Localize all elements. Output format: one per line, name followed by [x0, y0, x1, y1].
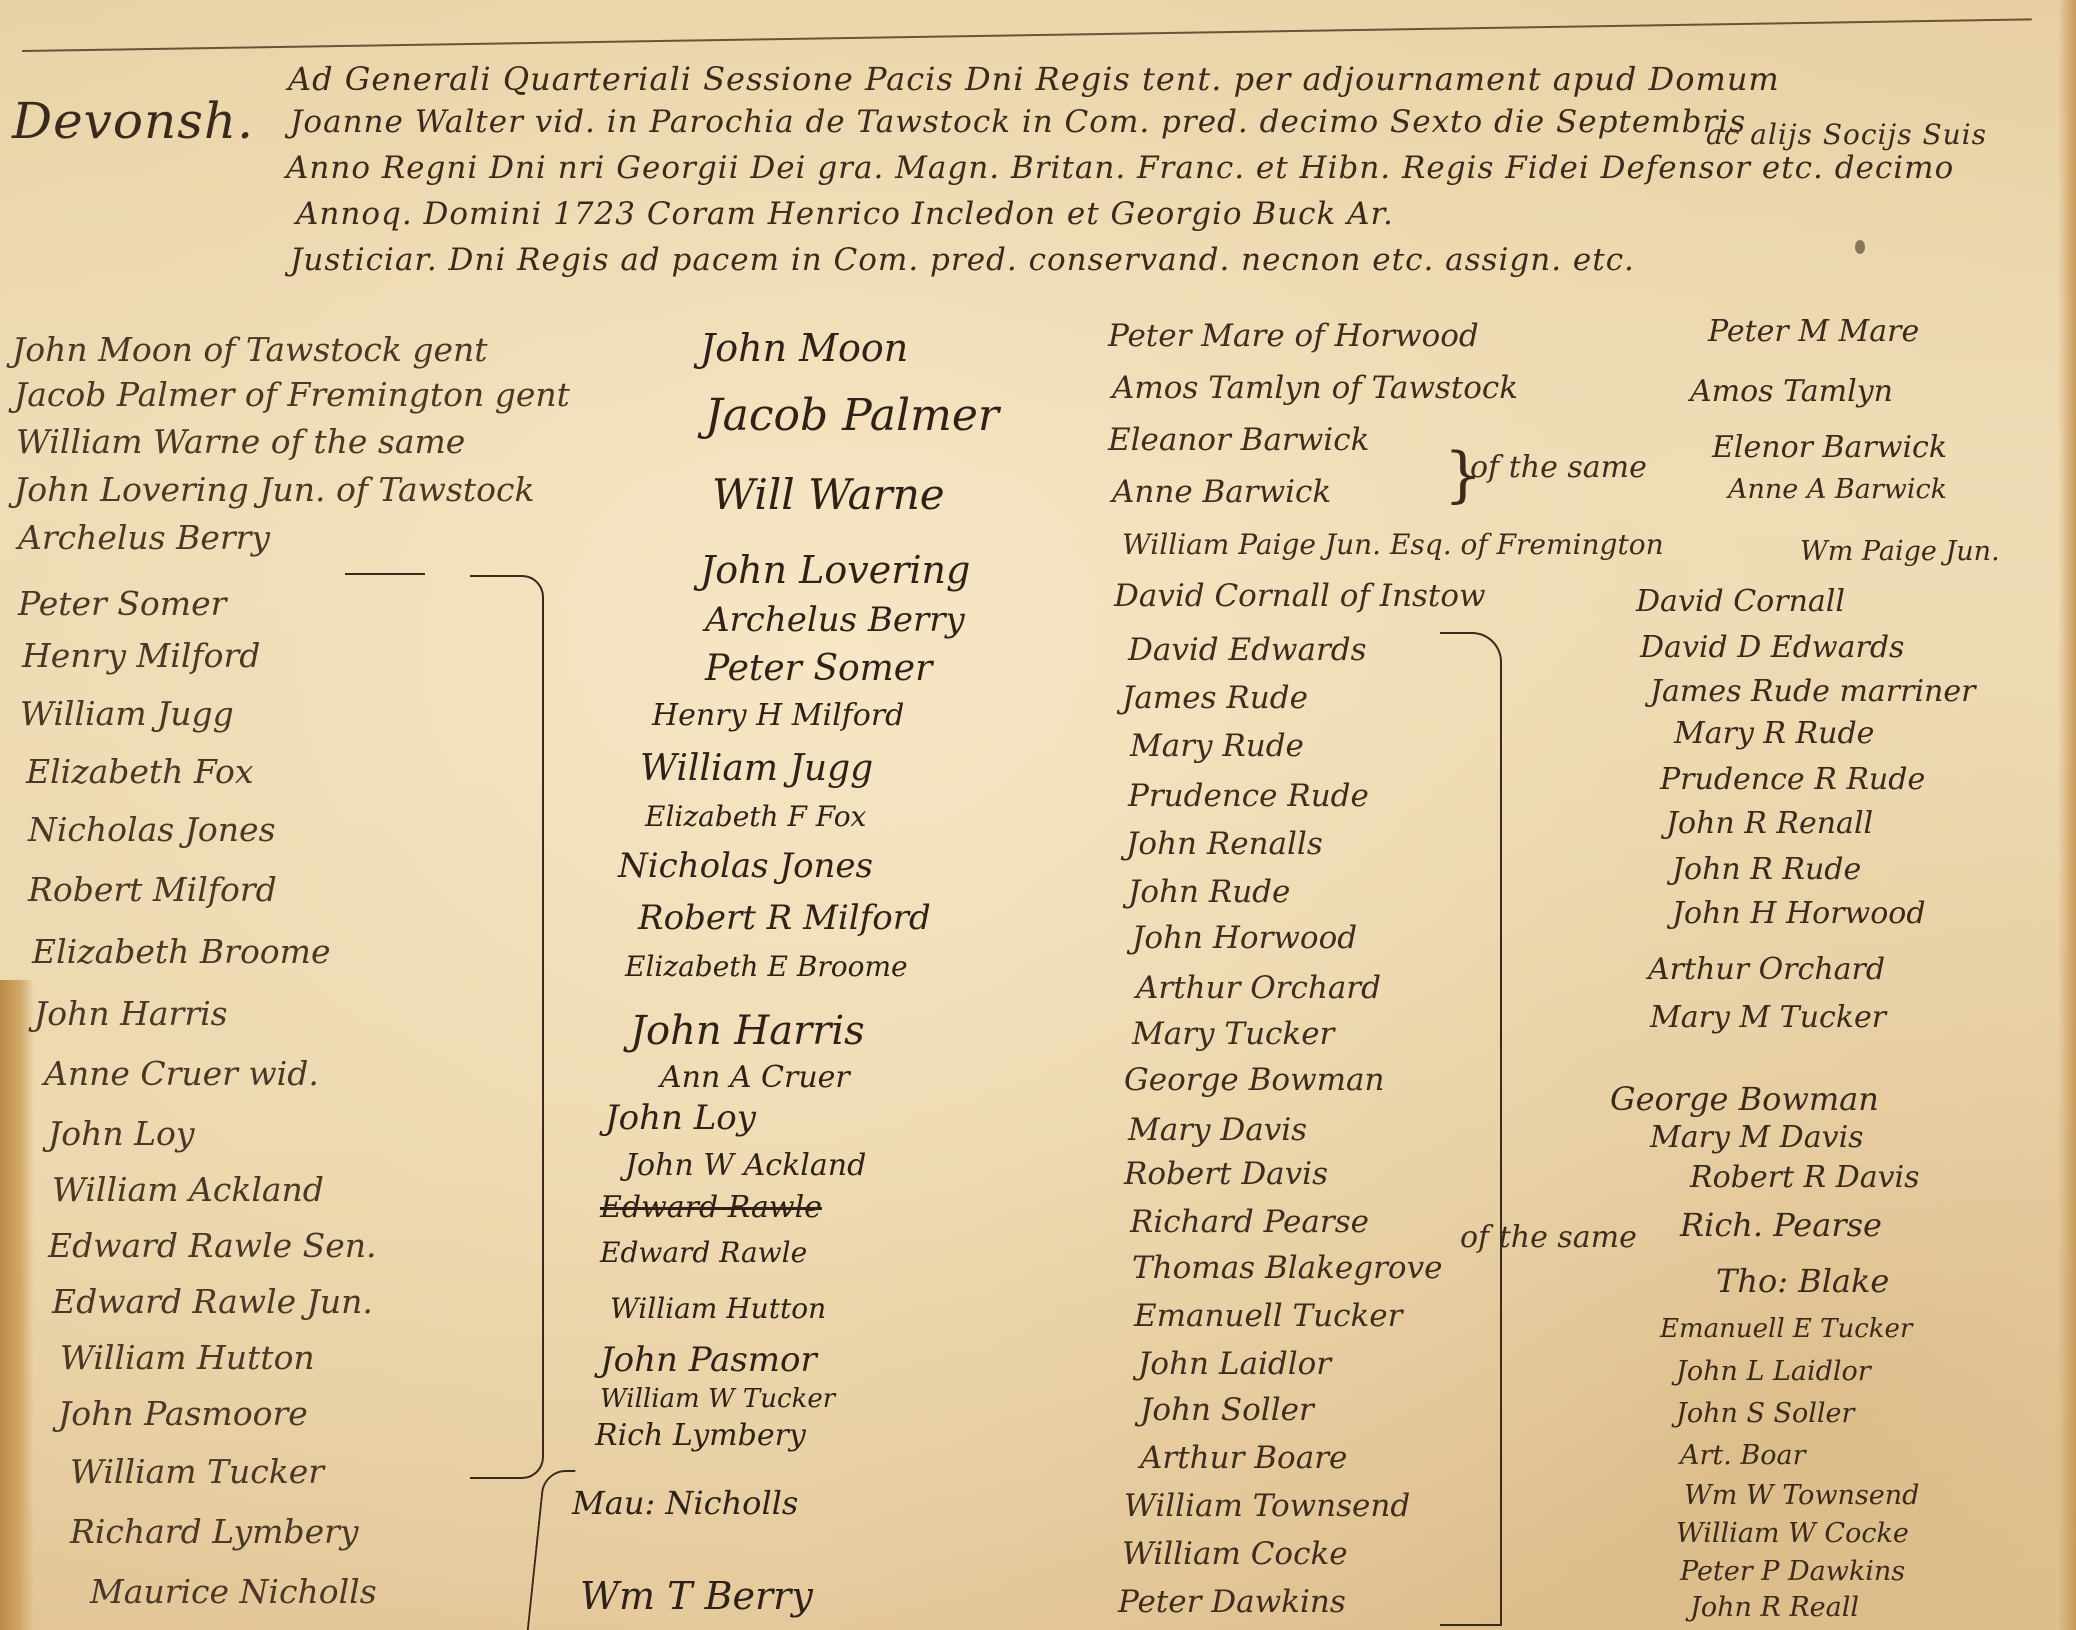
- signature: Elizabeth E Broome: [625, 950, 908, 983]
- county-heading: Devonsh.: [12, 92, 254, 150]
- list-item: William Warne of the same: [16, 422, 465, 461]
- signature: Wm T Berry: [580, 1574, 813, 1618]
- signature: Jacob Palmer: [705, 390, 999, 441]
- signature: Peter M Mare: [1708, 314, 1919, 349]
- signature: Mary R Rude: [1674, 716, 1874, 751]
- signature: George Bowman: [1610, 1080, 1879, 1118]
- signature: Peter P Dawkins: [1680, 1556, 1905, 1587]
- list-item: Robert Milford: [28, 870, 277, 909]
- signature: Will Warne: [712, 470, 945, 519]
- list-item: John Renalls: [1126, 826, 1323, 862]
- signature: Archelus Berry: [705, 600, 965, 640]
- signature: Tho: Blake: [1716, 1262, 1889, 1300]
- signature: John S Soller: [1676, 1398, 1854, 1429]
- list-item: Henry Milford: [22, 636, 260, 675]
- signature: John Harris: [630, 1008, 865, 1054]
- signature: Emanuell E Tucker: [1660, 1314, 1912, 1344]
- signature: John Pasmor: [600, 1340, 817, 1380]
- header-line-1: Ad Generali Quarteriali Sessione Pacis D…: [288, 60, 1780, 98]
- signature: Edward Rawle: [600, 1236, 807, 1269]
- list-item: John Rude: [1128, 874, 1290, 910]
- signature: John R Rude: [1672, 852, 1861, 887]
- signature: John R Renall: [1666, 806, 1873, 841]
- list-item: Arthur Orchard: [1136, 970, 1381, 1006]
- signature: Mary M Tucker: [1650, 1000, 1886, 1035]
- signature: Prudence R Rude: [1660, 762, 1925, 797]
- signature: Elenor Barwick: [1712, 430, 1947, 465]
- bracket-line: [470, 575, 544, 1479]
- signature: Ann A Cruer: [660, 1060, 850, 1095]
- bracket-line: [1440, 632, 1502, 1626]
- list-item: Nicholas Jones: [28, 810, 276, 849]
- signature: William W Cocke: [1676, 1518, 1909, 1549]
- signature: John Loy: [605, 1098, 756, 1138]
- signature: Anne A Barwick: [1728, 474, 1947, 505]
- list-item: Maurice Nicholls: [90, 1572, 377, 1611]
- list-item: Jacob Palmer of Fremington gent: [14, 375, 570, 414]
- list-item: David Cornall of Instow: [1114, 578, 1486, 614]
- list-item: William Hutton: [60, 1338, 315, 1377]
- signature: Rich Lymbery: [595, 1418, 806, 1453]
- list-item: William Paige Jun. Esq. of Fremington: [1122, 528, 1664, 561]
- list-item: Amos Tamlyn of Tawstock: [1112, 370, 1518, 406]
- list-item: Edward Rawle Jun.: [52, 1282, 373, 1321]
- header-line-4: Annoq. Domini 1723 Coram Henrico Incledo…: [296, 196, 1394, 232]
- signature: John Moon: [700, 326, 908, 370]
- list-item: John Soller: [1140, 1392, 1314, 1428]
- signature: Wm Paige Jun.: [1800, 536, 2000, 567]
- signature: John R Reall: [1690, 1592, 1859, 1623]
- list-item: John Lovering Jun. of Tawstock: [14, 470, 534, 509]
- list-item: William Ackland: [52, 1170, 324, 1209]
- list-item: Edward Rawle Sen.: [48, 1226, 377, 1265]
- signature: John Lovering: [700, 548, 970, 592]
- list-item: John Laidlor: [1138, 1346, 1331, 1382]
- list-item: Richard Pearse: [1130, 1204, 1369, 1240]
- signature: Elizabeth F Fox: [645, 800, 866, 833]
- signature: Robert R Davis: [1690, 1160, 1920, 1195]
- signature: Arthur Orchard: [1648, 952, 1885, 987]
- signature: Henry H Milford: [652, 698, 904, 733]
- list-item: Elizabeth Broome: [32, 932, 331, 971]
- signature: David D Edwards: [1640, 630, 1904, 665]
- signature: John L Laidlor: [1676, 1356, 1871, 1387]
- list-item: Elizabeth Fox: [26, 752, 254, 791]
- list-item: George Bowman: [1124, 1062, 1384, 1098]
- list-item: William Townsend: [1124, 1488, 1410, 1524]
- annotation-of-the-same: of the same: [1470, 450, 1647, 485]
- list-item: Mary Davis: [1128, 1112, 1307, 1148]
- list-item: Anne Barwick: [1112, 474, 1331, 510]
- signature: Nicholas Jones: [618, 846, 873, 886]
- signature: James Rude marriner: [1650, 674, 1975, 709]
- list-item: John Harris: [34, 994, 228, 1033]
- ink-blot: [1855, 240, 1865, 254]
- signature: Mau: Nicholls: [572, 1484, 798, 1522]
- signature: Art. Boar: [1680, 1440, 1806, 1471]
- list-item: John Horwood: [1132, 920, 1357, 956]
- signature: Robert R Milford: [638, 898, 931, 938]
- header-line-3: Anno Regni Dni nri Georgii Dei gra. Magn…: [286, 150, 1954, 186]
- list-item: Arthur Boare: [1140, 1440, 1347, 1476]
- signature: David Cornall: [1636, 584, 1845, 619]
- list-item: Mary Rude: [1130, 728, 1304, 764]
- signature: William W Tucker: [600, 1384, 835, 1414]
- signature: John H Horwood: [1672, 896, 1926, 931]
- list-item: Emanuell Tucker: [1134, 1298, 1402, 1334]
- list-item: William Tucker: [70, 1452, 324, 1491]
- list-item: William Jugg: [20, 694, 234, 733]
- parchment-left-edge: [0, 980, 34, 1630]
- signature: Peter Somer: [705, 648, 932, 689]
- list-item: Peter Mare of Horwood: [1108, 318, 1479, 354]
- header-line-6: ac alijs Socijs Suis: [1706, 118, 1987, 151]
- list-item: David Edwards: [1128, 632, 1367, 668]
- curly-brace-icon: }: [1444, 440, 1482, 510]
- list-item: Eleanor Barwick: [1108, 422, 1369, 458]
- signature: Rich. Pearse: [1680, 1206, 1882, 1244]
- list-item: William Cocke: [1122, 1536, 1348, 1572]
- list-item: Prudence Rude: [1128, 778, 1369, 814]
- list-item: Mary Tucker: [1132, 1016, 1334, 1052]
- signature: Mary M Davis: [1650, 1120, 1864, 1155]
- signature: William Jugg: [640, 748, 873, 789]
- header-line-5: Justiciar. Dni Regis ad pacem in Com. pr…: [290, 242, 1635, 278]
- header-line-2: Joanne Walter vid. in Parochia de Tawsto…: [290, 104, 1746, 140]
- list-item: Peter Somer: [18, 584, 226, 623]
- list-item: John Loy: [48, 1114, 195, 1153]
- list-item: Anne Cruer wid.: [44, 1054, 319, 1093]
- signature-struck: Edward Rawle: [600, 1190, 822, 1225]
- list-item: John Pasmoore: [58, 1394, 308, 1433]
- dash-line: [345, 573, 425, 575]
- list-item: Thomas Blakegrove: [1132, 1250, 1442, 1286]
- signature: Wm W Townsend: [1684, 1480, 1919, 1511]
- signature: William Hutton: [610, 1292, 826, 1325]
- list-item: Robert Davis: [1124, 1156, 1328, 1192]
- list-item: Peter Dawkins: [1118, 1584, 1346, 1620]
- parchment-right-edge: [2058, 0, 2076, 1630]
- list-item: Archelus Berry: [18, 518, 270, 557]
- list-item: Richard Lymbery: [70, 1512, 359, 1551]
- list-item: John Moon of Tawstock gent: [12, 330, 488, 369]
- list-item: James Rude: [1122, 680, 1308, 716]
- signature: John W Ackland: [625, 1148, 866, 1183]
- signature: Amos Tamlyn: [1690, 374, 1893, 409]
